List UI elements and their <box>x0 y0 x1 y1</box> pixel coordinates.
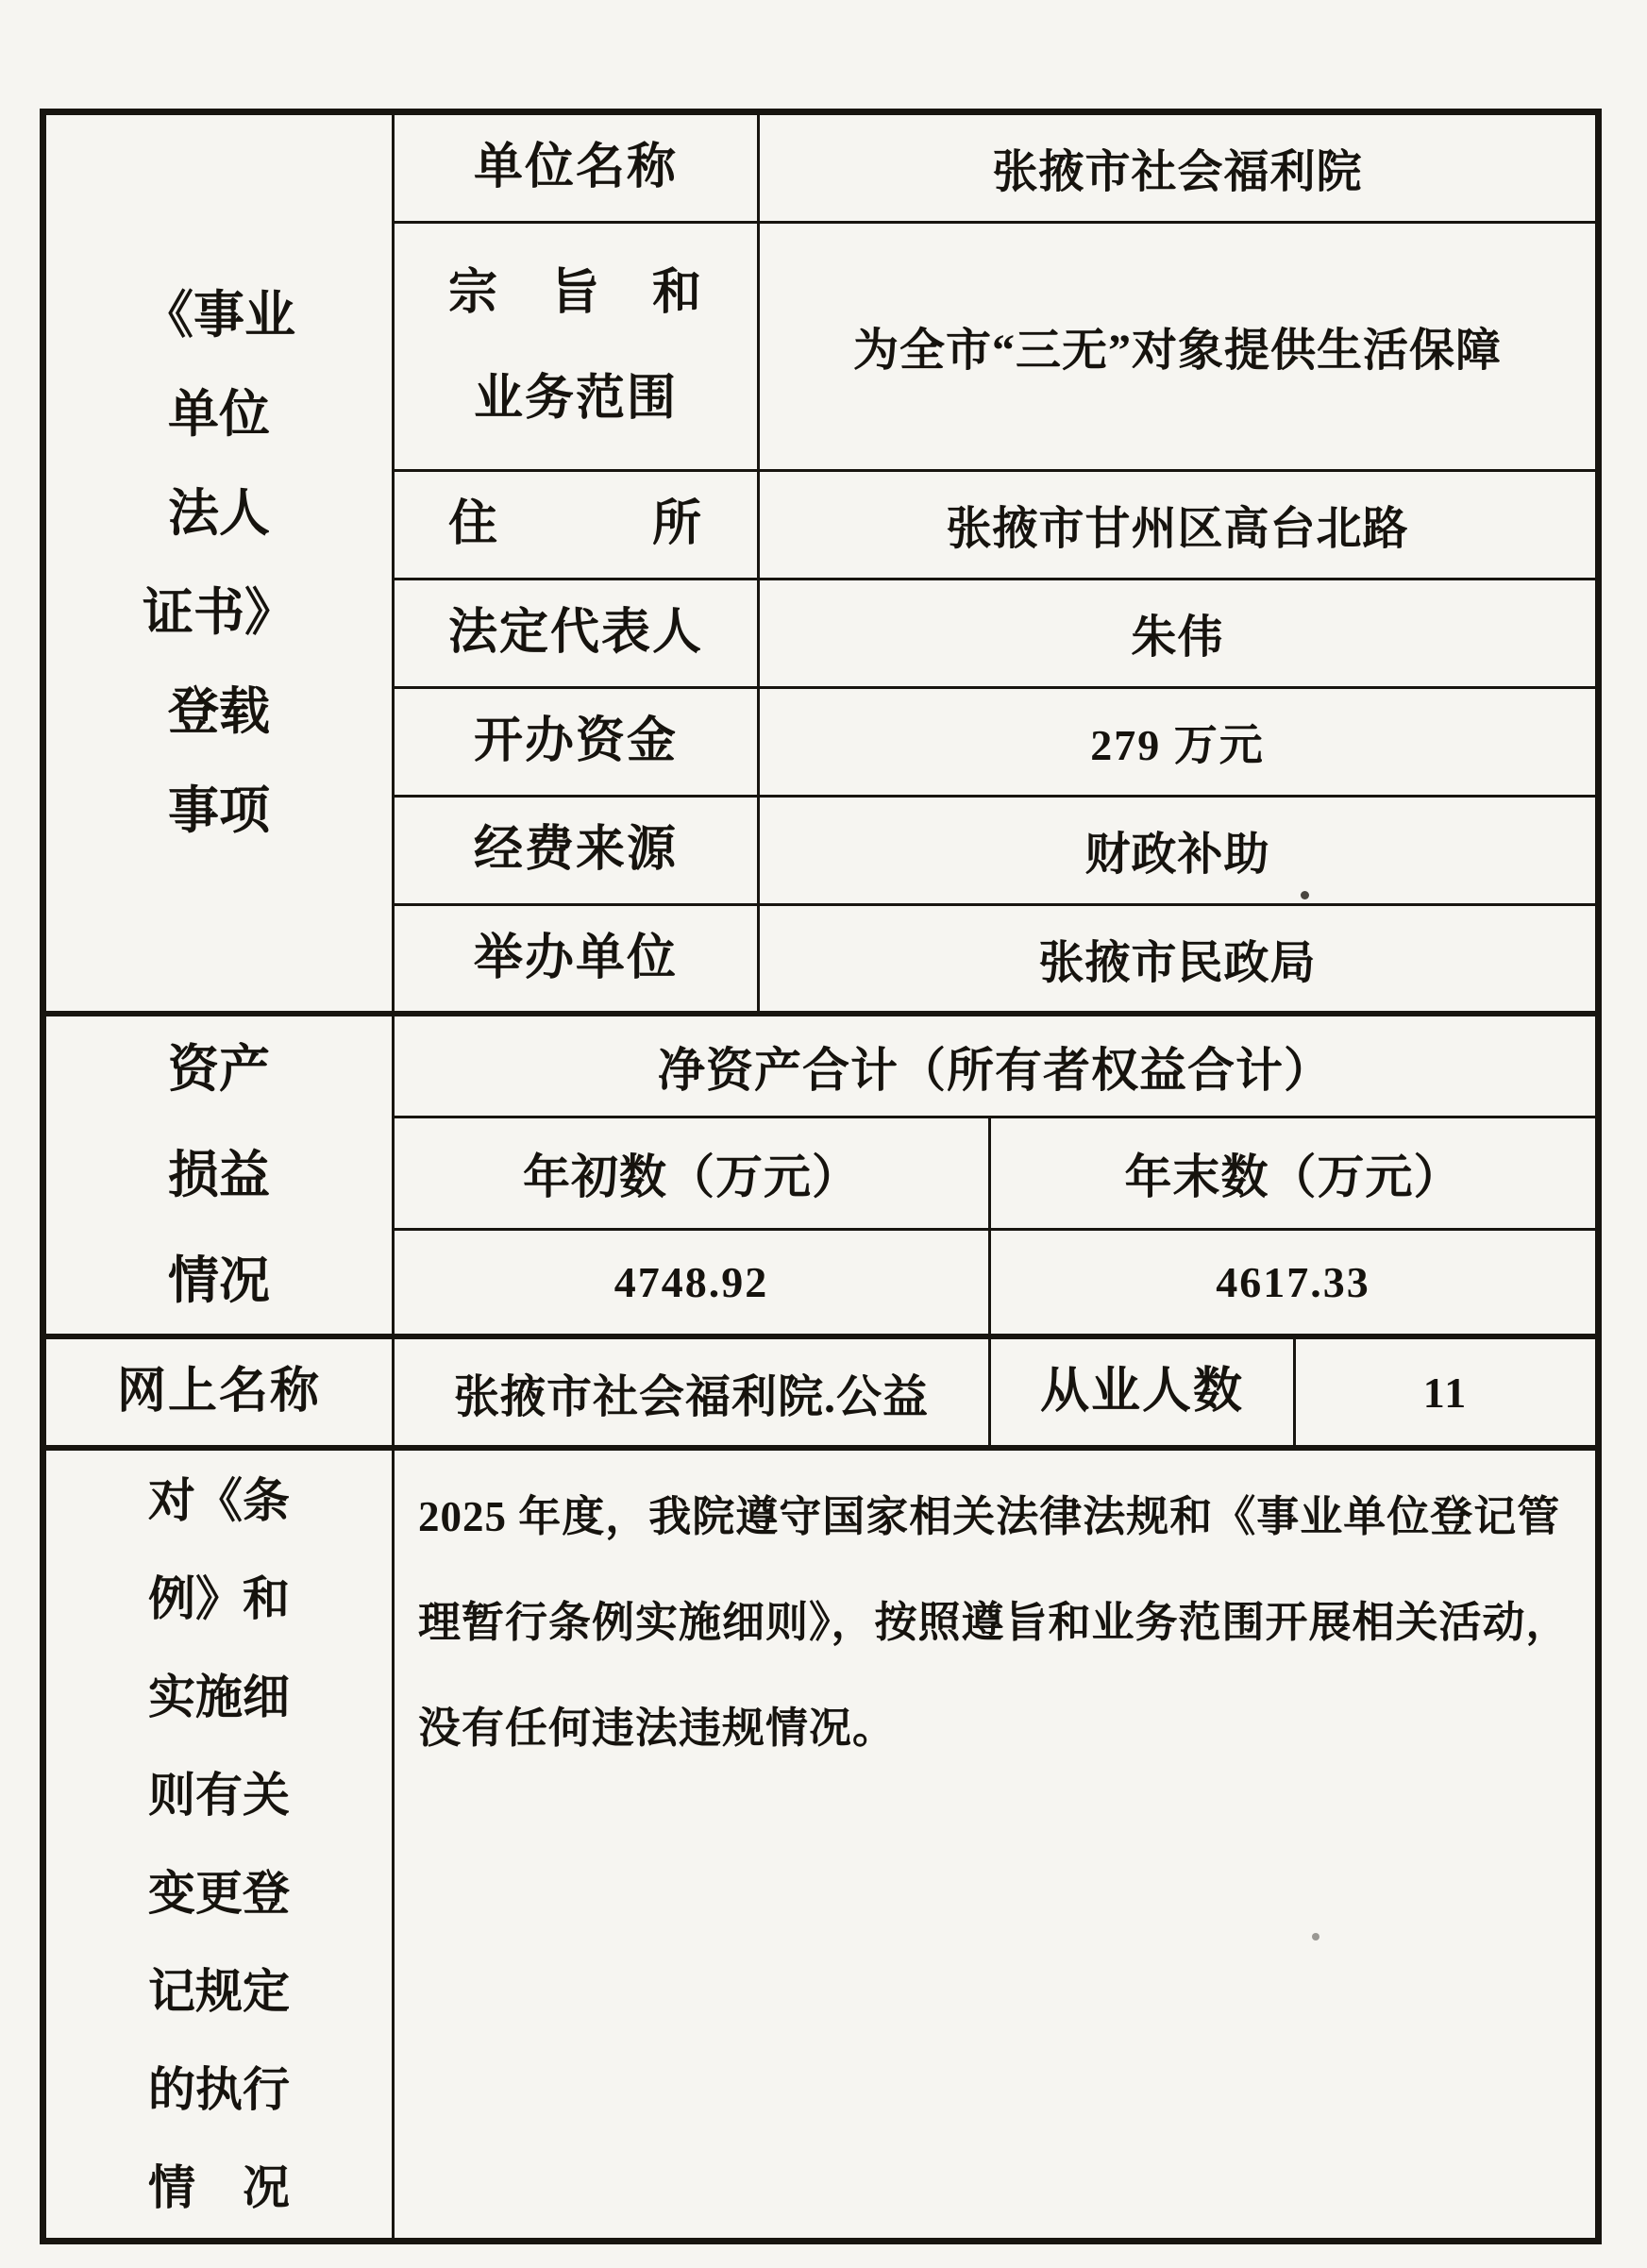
year-end-column-header: 年末数（万元） <box>990 1117 1599 1230</box>
organizer-value: 张掖市民政局 <box>759 904 1599 1014</box>
legal-representative-value: 朱伟 <box>759 579 1599 687</box>
unit-name-value: 张掖市社会福利院 <box>759 112 1599 223</box>
annual-report-table: 《事业 单位 法人 证书》 登载 事项 单位名称 张掖市社会福利院 宗 旨 和 … <box>40 109 1602 2244</box>
online-name-value: 张掖市社会福利院.公益 <box>394 1336 990 1448</box>
address-value: 张掖市甘州区高台北路 <box>759 470 1599 579</box>
funding-source-label: 经费来源 <box>394 796 759 904</box>
purpose-scope-label: 宗 旨 和 业务范围 <box>394 222 759 470</box>
assets-header-line: 损益 <box>46 1122 392 1228</box>
scan-speck <box>1301 891 1309 899</box>
certificate-header-line: 单位 <box>46 365 392 464</box>
net-assets-title: 净资产合计（所有者权益合计） <box>394 1014 1599 1117</box>
organizer-label: 举办单位 <box>394 904 759 1014</box>
opening-capital-label: 开办资金 <box>394 687 759 796</box>
unit-name-label: 单位名称 <box>394 112 759 223</box>
funding-source-value: 财政补助 <box>759 796 1599 904</box>
staff-count-value: 11 <box>1295 1336 1599 1448</box>
certificate-section-header: 《事业 单位 法人 证书》 登载 事项 <box>43 112 394 1015</box>
year-end-value: 4617.33 <box>990 1230 1599 1337</box>
opening-capital-value: 279 万元 <box>759 687 1599 796</box>
certificate-header-line: 《事业 <box>46 266 392 365</box>
compliance-header-line: 记规定 <box>46 1942 392 2041</box>
assets-header-line: 情况 <box>46 1228 392 1334</box>
compliance-header-line: 变更登 <box>46 1844 392 1942</box>
address-label: 住 所 <box>394 470 759 579</box>
compliance-header-line: 则有关 <box>46 1746 392 1844</box>
compliance-header-line: 实施细 <box>46 1648 392 1746</box>
scan-speck <box>1312 1933 1319 1940</box>
compliance-header-line: 例》和 <box>46 1550 392 1648</box>
certificate-header-line: 事项 <box>46 762 392 861</box>
compliance-section-header: 对《条 例》和 实施细 则有关 变更登 记规定 的执行 情 况 <box>43 1448 394 2241</box>
assets-section-header: 资产 损益 情况 <box>43 1014 394 1336</box>
year-begin-value: 4748.92 <box>394 1230 990 1337</box>
document-page: 《事业 单位 法人 证书》 登载 事项 单位名称 张掖市社会福利院 宗 旨 和 … <box>0 0 1647 2268</box>
assets-header-line: 资产 <box>46 1016 392 1122</box>
compliance-statement-text: 2025 年度，我院遵守国家相关法律法规和《事业单位登记管 理暂行条例实施细则》… <box>394 1448 1599 2241</box>
certificate-header-line: 法人 <box>46 464 392 563</box>
certificate-header-line: 登载 <box>46 663 392 762</box>
certificate-header-line: 证书》 <box>46 563 392 663</box>
year-begin-column-header: 年初数（万元） <box>394 1117 990 1230</box>
compliance-header-line: 情 况 <box>46 2139 392 2237</box>
purpose-scope-value: 为全市“三无”对象提供生活保障 <box>759 222 1599 470</box>
compliance-header-line: 对《条 <box>46 1452 392 1550</box>
online-name-label: 网上名称 <box>43 1336 394 1448</box>
legal-representative-label: 法定代表人 <box>394 579 759 687</box>
compliance-header-line: 的执行 <box>46 2041 392 2139</box>
staff-count-label: 从业人数 <box>990 1336 1295 1448</box>
